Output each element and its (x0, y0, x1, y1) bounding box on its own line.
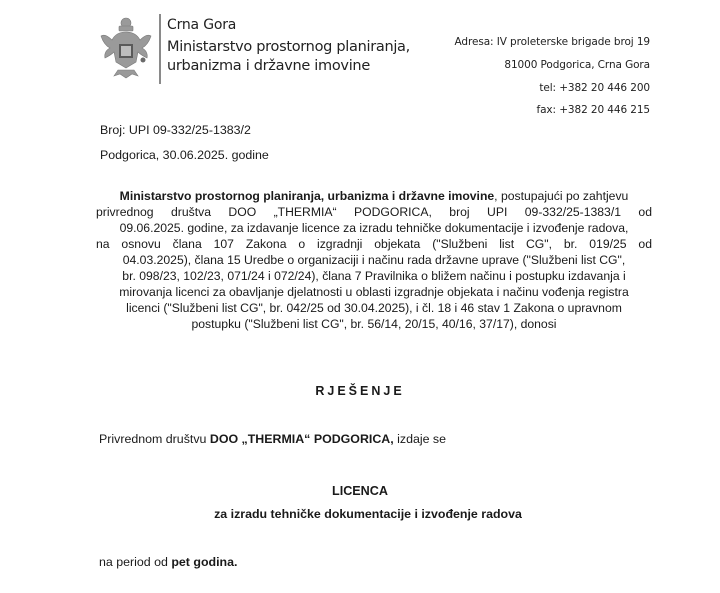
preamble-line: 09.06.2025. godine, za izdavanje licence… (96, 220, 652, 236)
license-period: na period od pet godina. (99, 555, 237, 569)
preamble-line: 04.03.2025), člana 15 Uredbe o organizac… (96, 252, 652, 268)
document-place-date: Podgorica, 30.06.2025. godine (100, 148, 269, 162)
decision-title: RJEŠENJE (0, 384, 720, 398)
license-subtitle: za izradu tehničke dokumentacije i izvođ… (0, 507, 720, 521)
preamble-line: na osnovu člana 107 Zakona o izgradnji o… (96, 236, 652, 252)
license-title: LICENCA (0, 484, 720, 498)
preamble-line: licenci ("Službeni list CG", br. 042/25 … (96, 300, 652, 316)
country-name: Crna Gora (167, 17, 236, 33)
coat-of-arms-icon (100, 16, 152, 80)
ministry-name-line1: Ministarstvo prostornog planiranja, (167, 39, 410, 55)
header-divider (159, 14, 161, 84)
preamble-line: br. 098/23, 102/23, 071/24 i 072/24), čl… (96, 268, 652, 284)
company-name: DOO „THERMIA“ PODGORICA, (210, 432, 394, 446)
preamble-line: postupku ("Službeni list CG", br. 56/14,… (96, 316, 652, 332)
ministry-name-line2: urbanizma i državne imovine (167, 58, 370, 74)
preamble-line: Ministarstvo prostornog planiranja, urba… (96, 188, 652, 204)
address-fax: fax: +382 20 446 215 (536, 104, 650, 116)
preamble-line: privrednog društva DOO „THERMIA“ PODGORI… (96, 204, 652, 220)
issuing-authority: Ministarstvo prostornog planiranja, urba… (120, 189, 495, 203)
preamble-line: mirovanja licenci za obavljanje djelatno… (96, 284, 652, 300)
document-number: Broj: UPI 09-332/25-1383/2 (100, 123, 251, 137)
period-value: pet godina. (171, 555, 237, 569)
address-city: 81000 Podgorica, Crna Gora (504, 59, 650, 71)
address-street: Adresa: IV proleterske brigade broj 19 (455, 36, 650, 48)
issued-to-line: Privrednom društvu DOO „THERMIA“ PODGORI… (99, 432, 446, 446)
preamble-paragraph: Ministarstvo prostornog planiranja, urba… (96, 188, 652, 332)
address-tel: tel: +382 20 446 200 (539, 82, 650, 94)
